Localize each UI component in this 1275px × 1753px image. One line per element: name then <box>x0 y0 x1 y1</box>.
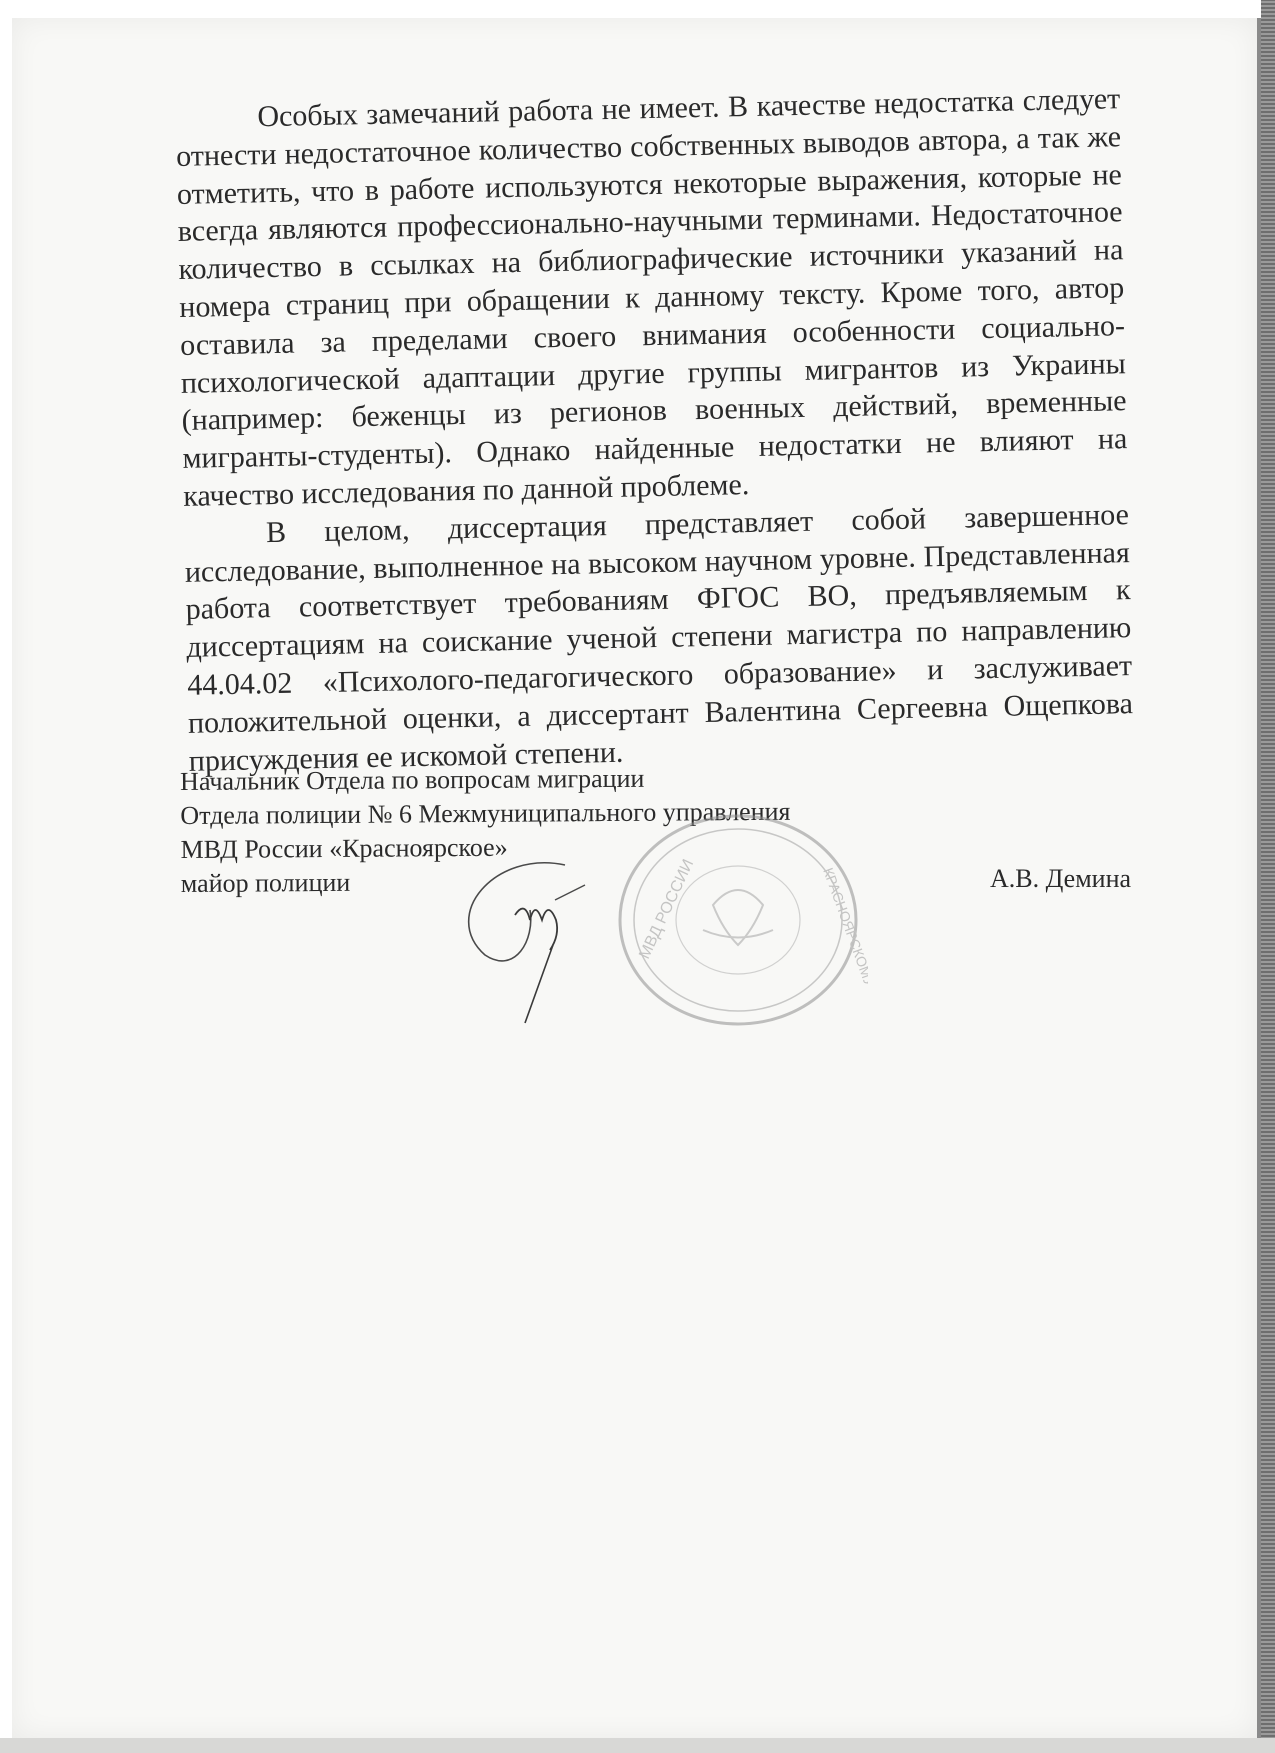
scan-edge-right <box>1261 0 1275 1753</box>
scan-margin-top <box>0 0 1275 18</box>
signatory-name: А.В. Демина <box>990 864 1131 894</box>
scan-margin-left <box>0 0 12 1753</box>
document-body: Особых замечаний работа не имеет. В каче… <box>175 80 1134 780</box>
paragraph-conclusion: В целом, диссертация представляет собой … <box>184 496 1134 780</box>
paragraph-remarks: Особых замечаний работа не имеет. В каче… <box>175 80 1128 515</box>
scan-edge-bottom <box>0 1738 1275 1753</box>
handwritten-signature-icon <box>455 855 655 1025</box>
svg-text:КРАСНОЯРСКОМУ: КРАСНОЯРСКОМУ <box>820 866 868 989</box>
